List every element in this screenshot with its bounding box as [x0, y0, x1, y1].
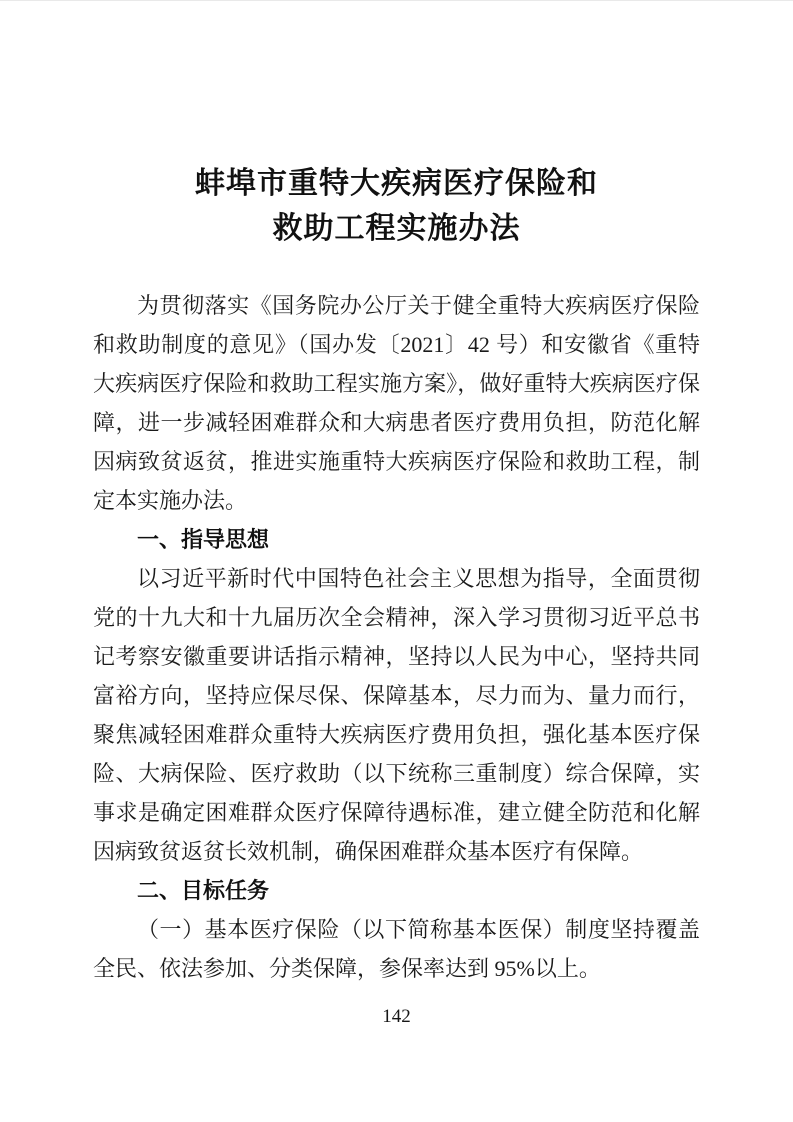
document-title: 蚌埠市重特大疾病医疗保险和 救助工程实施办法	[0, 161, 793, 251]
paragraph-target-tasks-item-1: （一）基本医疗保险（以下简称基本医保）制度坚持覆盖全民、依法参加、分类保障，参保…	[93, 910, 700, 988]
paragraph-preamble: 为贯彻落实《国务院办公厅关于健全重特大疾病医疗保险和救助制度的意见》（国办发〔2…	[93, 286, 700, 520]
document-title-line-1: 蚌埠市重特大疾病医疗保险和	[0, 161, 793, 206]
heading-target-tasks: 二、目标任务	[93, 871, 700, 910]
paragraph-guiding-ideology: 以习近平新时代中国特色社会主义思想为指导，全面贯彻党的十九大和十九届历次全会精神…	[93, 559, 700, 871]
document-page: 蚌埠市重特大疾病医疗保险和 救助工程实施办法 为贯彻落实《国务院办公厅关于健全重…	[0, 0, 793, 1122]
document-title-line-2: 救助工程实施办法	[0, 206, 793, 251]
document-body: 为贯彻落实《国务院办公厅关于健全重特大疾病医疗保险和救助制度的意见》（国办发〔2…	[93, 286, 700, 988]
heading-guiding-ideology: 一、指导思想	[93, 520, 700, 559]
page-number: 142	[0, 1006, 793, 1028]
